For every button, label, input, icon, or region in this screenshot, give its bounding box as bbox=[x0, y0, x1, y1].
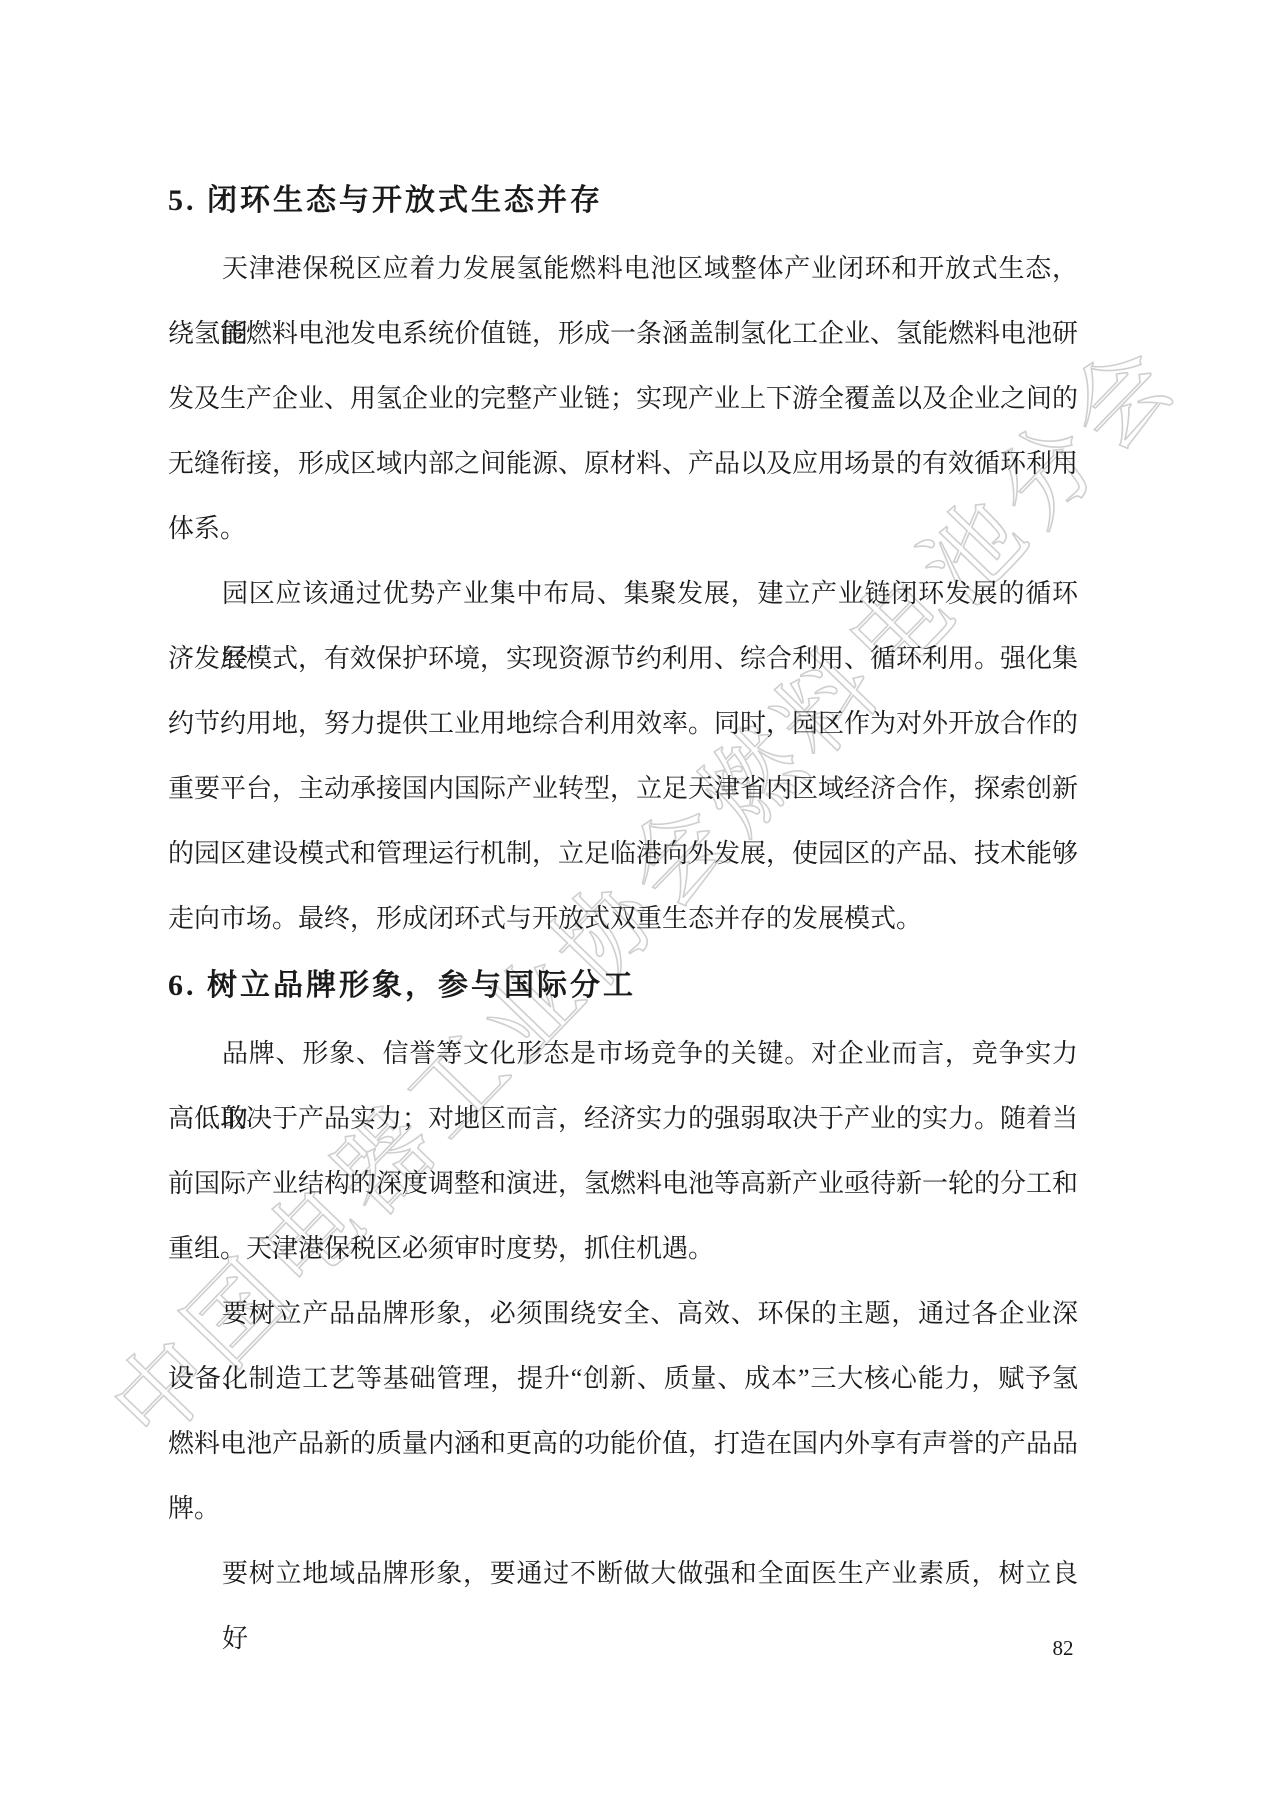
paragraph-line: 牌。 bbox=[168, 1476, 1078, 1541]
paragraph-line: 重组。天津港保税区必须审时度势，抓住机遇。 bbox=[168, 1216, 1078, 1281]
paragraph-line: 重要平台，主动承接国内国际产业转型，立足天津省内区域经济合作，探索创新 bbox=[168, 756, 1078, 821]
section-6-heading: 6. 树立品牌形象，参与国际分工 bbox=[168, 951, 1078, 1021]
paragraph-line: 前国际产业结构的深度调整和演进，氢燃料电池等高新产业亟待新一轮的分工和 bbox=[168, 1151, 1078, 1216]
paragraph: 要树立地域品牌形象，要通过不断做大做强和全面医生产业素质，树立良好 bbox=[168, 1541, 1078, 1606]
paragraph-line: 无缝衔接，形成区域内部之间能源、原材料、产品以及应用场景的有效循环利用 bbox=[168, 431, 1078, 496]
paragraph: 园区应该通过优势产业集中布局、集聚发展，建立产业链闭环发展的循环经 济发展模式，… bbox=[168, 561, 1078, 951]
paragraph-line: 燃料电池产品新的质量内涵和更高的功能价值，打造在国内外享有声誉的产品品 bbox=[168, 1411, 1078, 1476]
page-content: 5. 闭环生态与开放式生态并存 天津港保税区应着力发展氢能燃料电池区域整体产业闭… bbox=[168, 166, 1078, 1606]
paragraph-line: 设备、制造工艺等基础管理，提升“创新、质量、成本”三大核心能力，赋予氢 bbox=[168, 1346, 1078, 1411]
paragraph-line: 天津港保税区应着力发展氢能燃料电池区域整体产业闭环和开放式生态，围 bbox=[168, 236, 1078, 301]
paragraph: 天津港保税区应着力发展氢能燃料电池区域整体产业闭环和开放式生态，围 绕氢能燃料电… bbox=[168, 236, 1078, 561]
paragraph-line: 绕氢能燃料电池发电系统价值链，形成一条涵盖制氢化工企业、氢能燃料电池研 bbox=[168, 301, 1078, 366]
section-5-heading: 5. 闭环生态与开放式生态并存 bbox=[168, 166, 1078, 236]
paragraph-line: 高低取决于产品实力；对地区而言，经济实力的强弱取决于产业的实力。随着当 bbox=[168, 1086, 1078, 1151]
page-number: 82 bbox=[1040, 1636, 1086, 1661]
paragraph-line: 济发展模式，有效保护环境，实现资源节约利用、综合利用、循环利用。强化集 bbox=[168, 626, 1078, 691]
paragraph-line: 园区应该通过优势产业集中布局、集聚发展，建立产业链闭环发展的循环经 bbox=[168, 561, 1078, 626]
paragraph: 品牌、形象、信誉等文化形态是市场竞争的关键。对企业而言，竞争实力的 高低取决于产… bbox=[168, 1021, 1078, 1281]
document-page: 中国电器工业协会燃料电池分会 5. 闭环生态与开放式生态并存 天津港保税区应着力… bbox=[0, 0, 1273, 1800]
paragraph: 要树立产品品牌形象，必须围绕安全、高效、环保的主题，通过各企业深化 设备、制造工… bbox=[168, 1281, 1078, 1541]
paragraph-line: 发及生产企业、用氢企业的完整产业链；实现产业上下游全覆盖以及企业之间的 bbox=[168, 366, 1078, 431]
paragraph-line: 的园区建设模式和管理运行机制，立足临港向外发展，使园区的产品、技术能够 bbox=[168, 821, 1078, 886]
paragraph-line: 体系。 bbox=[168, 496, 1078, 561]
paragraph-line: 要树立产品品牌形象，必须围绕安全、高效、环保的主题，通过各企业深化 bbox=[168, 1281, 1078, 1346]
paragraph-line: 走向市场。最终，形成闭环式与开放式双重生态并存的发展模式。 bbox=[168, 886, 1078, 951]
paragraph-line: 品牌、形象、信誉等文化形态是市场竞争的关键。对企业而言，竞争实力的 bbox=[168, 1021, 1078, 1086]
paragraph-line: 要树立地域品牌形象，要通过不断做大做强和全面医生产业素质，树立良好 bbox=[168, 1541, 1078, 1606]
paragraph-line: 约节约用地，努力提供工业用地综合利用效率。同时，园区作为对外开放合作的 bbox=[168, 691, 1078, 756]
